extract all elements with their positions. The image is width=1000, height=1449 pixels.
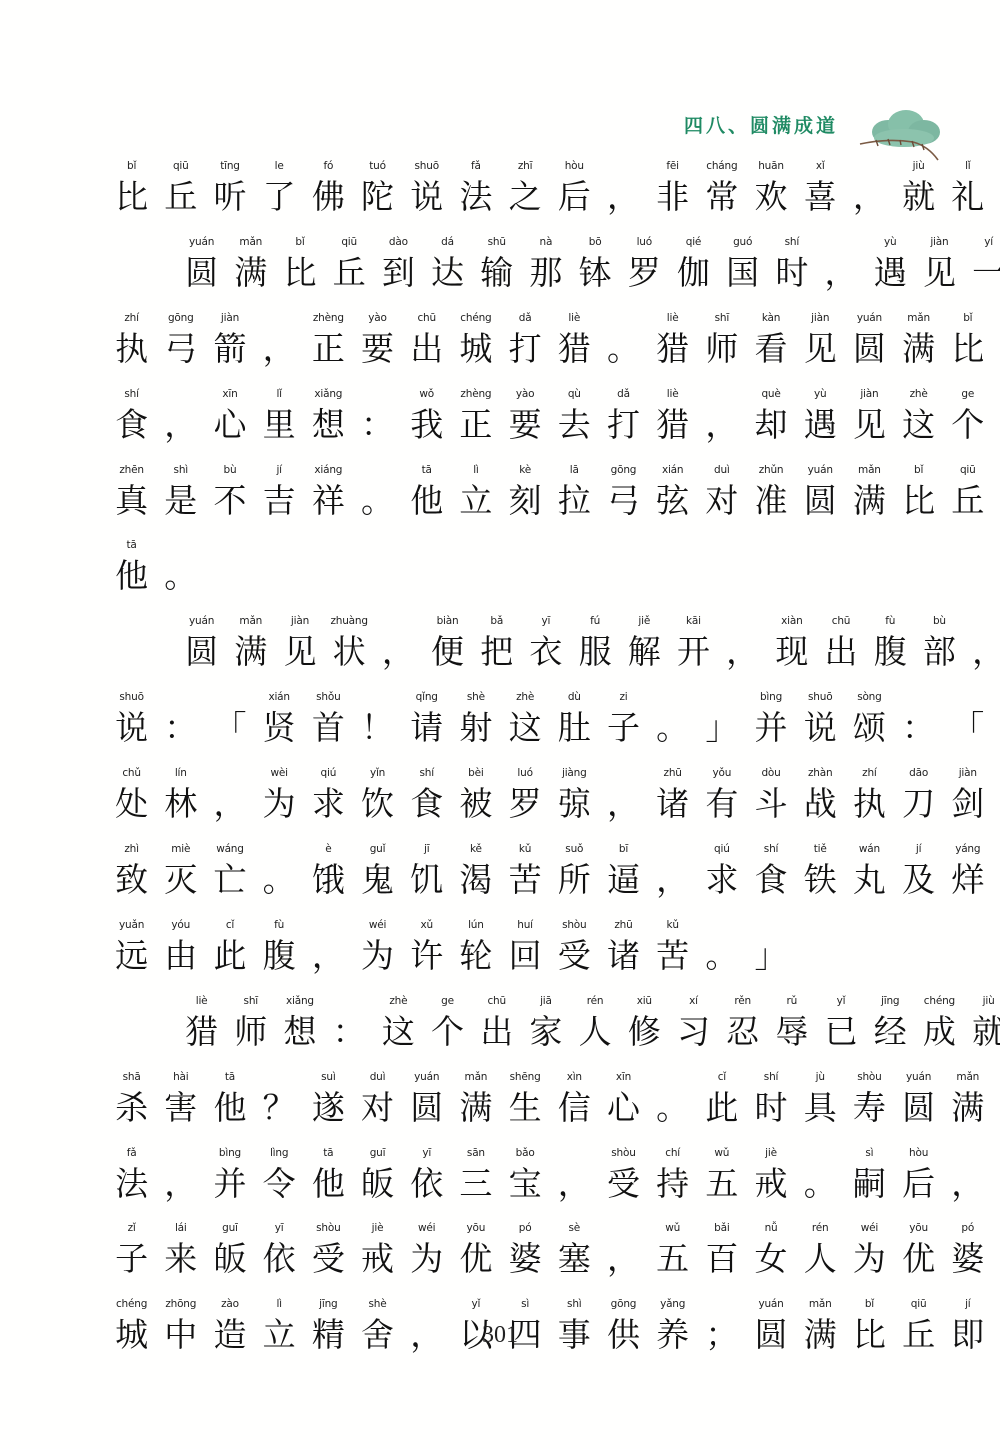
hanzi: 心 <box>599 1086 648 1130</box>
text-line: liè猎shī师xiǎng想：zhè这ge个chū出jiā家rén人xiū修xí… <box>107 992 907 1068</box>
hanzi: 三 <box>451 1162 500 1206</box>
ruby-character: yuán圆 <box>796 461 845 523</box>
hanzi: 苦 <box>501 858 550 902</box>
hanzi: 出 <box>402 327 451 371</box>
pinyin: shòu <box>562 916 586 934</box>
punctuation: 」 <box>746 916 795 978</box>
ruby-character: bō钵 <box>571 233 620 295</box>
punctuation: ， <box>156 1144 205 1206</box>
pinyin: rén <box>812 1219 829 1237</box>
ruby-character: wǔ五 <box>697 1144 746 1206</box>
hanzi: ， <box>156 1162 205 1206</box>
ruby-character: lì立 <box>451 461 500 523</box>
pinyin: chí <box>665 1144 680 1162</box>
ruby-character: xīn心 <box>205 385 254 447</box>
hanzi: 。 <box>599 327 648 371</box>
ruby-character: fēi飞 <box>992 688 1000 750</box>
chapter-title: 四八、圆满成道 <box>684 111 838 138</box>
pinyin: fēi <box>666 157 678 175</box>
punctuation: ， <box>718 612 767 674</box>
hanzi: 满 <box>226 251 275 295</box>
pinyin: bǎ <box>490 612 503 630</box>
pinyin: chéng <box>116 1295 147 1313</box>
hanzi: 婆 <box>943 1237 992 1281</box>
pinyin: yǐ <box>837 992 846 1010</box>
hanzi: 比 <box>275 251 324 295</box>
pinyin: wán <box>859 840 880 858</box>
hanzi: 比 <box>894 479 943 523</box>
ruby-character: qiú求 <box>697 840 746 902</box>
punctuation: ， <box>205 764 254 826</box>
hanzi: 丘 <box>992 327 1000 371</box>
hanzi: 满 <box>226 630 275 674</box>
ruby-character: jiàn见 <box>275 612 324 674</box>
hanzi: 圆 <box>845 327 894 371</box>
ruby-character: dòu斗 <box>746 764 795 826</box>
text-line: yuán圆mǎn满bǐ比qiū丘dào到dá达shū输nà那bō钵luó罗qié… <box>107 233 907 309</box>
pinyin: luó <box>517 764 532 782</box>
punctuation: 。 <box>697 916 746 978</box>
pinyin: jiàn <box>930 233 948 251</box>
hanzi: 箭 <box>205 327 254 371</box>
hanzi: 渴 <box>451 858 500 902</box>
hanzi: 。 <box>156 554 205 598</box>
ruby-character: bǐ比 <box>107 157 156 219</box>
pinyin: bù <box>224 461 237 479</box>
ruby-character: qiū丘 <box>325 233 374 295</box>
pinyin: yào <box>516 385 534 403</box>
hanzi: 有 <box>697 782 746 826</box>
pinyin: xiǎng <box>286 992 314 1010</box>
hanzi: 达 <box>423 251 472 295</box>
pinyin: hòu <box>909 1144 928 1162</box>
ruby-character: zhèng正 <box>304 309 353 371</box>
ruby-character: lìng令 <box>255 1144 304 1206</box>
hanzi: 非 <box>648 175 697 219</box>
ruby-character: sì嗣 <box>845 1144 894 1206</box>
hanzi: 忍 <box>718 1010 767 1054</box>
pinyin: gōng <box>611 461 637 479</box>
ruby-character: yáng烊 <box>943 840 992 902</box>
pinyin: qiū <box>911 1295 927 1313</box>
ruby-character: jiù就 <box>964 992 1000 1054</box>
hanzi: 比 <box>943 327 992 371</box>
pinyin: liè <box>667 309 679 327</box>
ruby-character: guó国 <box>718 233 767 295</box>
pinyin: lín <box>175 764 187 782</box>
pinyin: qié <box>686 233 701 251</box>
hanzi: 佛 <box>992 175 1000 219</box>
ruby-character: lǐ礼 <box>943 157 992 219</box>
hanzi: 却 <box>747 403 796 447</box>
hanzi: 服 <box>571 630 620 674</box>
pinyin: zhàn <box>808 764 832 782</box>
hanzi: 家 <box>521 1010 570 1054</box>
pinyin: kè <box>519 461 531 479</box>
ruby-character: bìng并 <box>746 688 795 750</box>
hanzi: 见 <box>845 403 894 447</box>
pinyin: sè <box>569 1219 581 1237</box>
punctuation: ， <box>599 157 648 219</box>
pinyin: lì <box>276 1295 281 1313</box>
punctuation: 。 <box>156 536 205 598</box>
pinyin: jiàn <box>959 764 977 782</box>
ruby-character: kè刻 <box>501 461 550 523</box>
ruby-character: qǐng请 <box>402 688 451 750</box>
hanzi: 即 <box>992 1086 1000 1130</box>
hanzi: 远 <box>107 934 156 978</box>
ruby-character: shǒu首 <box>304 688 353 750</box>
text-line: zhēn真shì是bù不jí吉xiáng祥。tā他lì立kè刻lā拉gōng弓x… <box>107 461 907 537</box>
pinyin: bǐ <box>914 461 923 479</box>
hanzi: 许 <box>402 934 451 978</box>
ruby-character: jī饥 <box>402 840 451 902</box>
pinyin: jiàn <box>811 309 829 327</box>
hanzi: 要 <box>501 403 550 447</box>
hanzi: 此 <box>697 1086 746 1130</box>
pinyin: yào <box>368 309 386 327</box>
hanzi: 准 <box>992 479 1000 523</box>
hanzi: ， <box>718 630 767 674</box>
ruby-character: lìng另 <box>992 1144 1000 1206</box>
ruby-character: shí食 <box>746 840 795 902</box>
pinyin: yuán <box>906 1068 931 1086</box>
ruby-character: jiā家 <box>521 992 570 1054</box>
pinyin: yōu <box>909 1219 928 1237</box>
hanzi: 把 <box>472 630 521 674</box>
ruby-character: wéi为 <box>353 916 402 978</box>
pinyin: jiě <box>638 612 650 630</box>
hanzi: 猎 <box>550 327 599 371</box>
hanzi: 法 <box>451 175 500 219</box>
ruby-character: yǐ已 <box>816 992 865 1054</box>
text-line: shā杀hài害tā他？suì遂duì对yuán圆mǎn满shēng生xìn信x… <box>107 1068 907 1144</box>
punctuation: ， <box>156 385 205 447</box>
hanzi: 这 <box>374 1010 423 1054</box>
ruby-character: è饿 <box>304 840 353 902</box>
hanzi: 灭 <box>156 858 205 902</box>
ruby-character: jiě解 <box>620 612 669 674</box>
ruby-character: bī逼 <box>599 840 648 902</box>
hanzi: 百 <box>697 1237 746 1281</box>
pinyin: shí <box>764 840 778 858</box>
punctuation: ： <box>325 992 374 1054</box>
ruby-character: shòu受 <box>550 916 599 978</box>
pinyin: yī <box>542 612 551 630</box>
pinyin: rén <box>587 992 604 1010</box>
ruby-character: mǎn满 <box>226 612 275 674</box>
hanzi: 喜 <box>796 175 845 219</box>
pinyin: liè <box>568 309 580 327</box>
hanzi: 对 <box>697 479 746 523</box>
hanzi: 圆 <box>796 479 845 523</box>
ruby-character: tā他 <box>402 461 451 523</box>
pinyin: kǔ <box>519 840 531 858</box>
hanzi: 成 <box>915 1010 964 1054</box>
pinyin: bǎi <box>714 1219 729 1237</box>
hanzi: 猎 <box>648 327 697 371</box>
hanzi: 正 <box>451 403 500 447</box>
ruby-character: xiǎng想 <box>304 385 353 447</box>
ruby-character: yī依 <box>402 1144 451 1206</box>
text-line: yuán圆mǎn满jiàn见zhuàng状，biàn便bǎ把yī衣fú服jiě解… <box>107 612 907 688</box>
hanzi: 贤 <box>255 706 304 750</box>
pinyin: bìng <box>760 688 782 706</box>
ruby-character: fǎ法 <box>107 1144 156 1206</box>
pine-tree-icon <box>858 104 948 164</box>
pinyin: xiū <box>637 992 652 1010</box>
ruby-character: cháng常 <box>697 157 746 219</box>
hanzi: 鬼 <box>353 858 402 902</box>
hanzi: 诸 <box>648 782 697 826</box>
ruby-character: tā他 <box>304 1144 353 1206</box>
pinyin: pó <box>519 1219 532 1237</box>
ruby-character: xiū修 <box>620 992 669 1054</box>
pinyin: hài <box>173 1068 188 1086</box>
pinyin: zhèng <box>460 385 491 403</box>
pinyin: zhuàng <box>330 612 367 630</box>
hanzi: 剑 <box>943 782 992 826</box>
pinyin: duì <box>370 1068 386 1086</box>
pinyin: mǎn <box>907 309 930 327</box>
ruby-character: xīn心 <box>599 1068 648 1130</box>
pinyin: jiè <box>372 1219 384 1237</box>
pinyin: shuō <box>415 157 439 175</box>
ruby-character: duì对 <box>353 1068 402 1130</box>
hanzi: 想 <box>275 1010 324 1054</box>
ruby-character: yōu优 <box>894 1219 943 1281</box>
ruby-character: guī皈 <box>353 1144 402 1206</box>
pinyin: mǎn <box>239 233 262 251</box>
hanzi: 女 <box>747 1237 796 1281</box>
pinyin: guī <box>222 1219 238 1237</box>
pinyin: jí <box>916 840 921 858</box>
ruby-character: cǐ此 <box>697 1068 746 1130</box>
hanzi: 依 <box>402 1162 451 1206</box>
ruby-character: sān三 <box>451 1144 500 1206</box>
ruby-character: shí食 <box>107 385 156 447</box>
pinyin: yǐn <box>370 764 385 782</box>
hanzi: 了 <box>255 175 304 219</box>
hanzi: 首 <box>304 706 353 750</box>
hanzi: 执 <box>845 782 894 826</box>
pinyin: fù <box>885 612 895 630</box>
pinyin: shì <box>174 461 188 479</box>
hanzi: 不 <box>205 479 254 523</box>
ruby-character: dù肚 <box>550 688 599 750</box>
ruby-character: zhè这 <box>374 992 423 1054</box>
ruby-character: liè猎 <box>648 385 697 447</box>
ruby-character: yuán圆 <box>894 1068 943 1130</box>
ruby-character: shòu受 <box>599 1144 648 1206</box>
pinyin: tā <box>127 536 137 554</box>
hanzi: ， <box>599 782 648 826</box>
hanzi: ： <box>894 706 943 750</box>
pinyin: duì <box>714 461 730 479</box>
punctuation: 。 <box>648 1068 697 1130</box>
ruby-character: shè射 <box>451 688 500 750</box>
hanzi: ！ <box>353 706 402 750</box>
hanzi: 。 <box>796 1162 845 1206</box>
ruby-character: yǐn饮 <box>353 764 402 826</box>
page-number: 301 <box>0 1322 1000 1349</box>
pinyin: jiù <box>983 992 995 1010</box>
pinyin: yī <box>422 1144 431 1162</box>
ruby-character: tū秃 <box>992 385 1000 447</box>
pinyin: huí <box>517 916 533 934</box>
hanzi: ， <box>992 782 1000 826</box>
hanzi: 「 <box>205 706 254 750</box>
hanzi: 后 <box>894 1162 943 1206</box>
punctuation: ： <box>353 385 402 447</box>
pinyin: wǔ <box>714 1144 729 1162</box>
pinyin: dòu <box>761 764 780 782</box>
pinyin: shā <box>123 1068 141 1086</box>
punctuation: ， <box>550 1144 599 1206</box>
ruby-character: jiè戒 <box>746 1144 795 1206</box>
hanzi: 戒 <box>353 1237 402 1281</box>
pinyin: wǒ <box>419 385 434 403</box>
hanzi: 依 <box>255 1237 304 1281</box>
hanzi: ： <box>325 1010 374 1054</box>
pinyin: chū <box>417 309 435 327</box>
ruby-character: xí习 <box>669 992 718 1054</box>
hanzi: 见 <box>275 630 324 674</box>
punctuation: ？ <box>255 1068 304 1130</box>
pinyin: huān <box>758 157 784 175</box>
ruby-character: guī皈 <box>205 1219 254 1281</box>
pinyin: shòu <box>857 1068 881 1086</box>
chapter-header: 四八、圆满成道 <box>684 104 838 144</box>
pinyin: jiù <box>913 157 925 175</box>
pinyin: jí <box>276 461 281 479</box>
pinyin: zhū <box>664 764 682 782</box>
text-line: shuō说：「xián贤shǒu首！qǐng请shè射zhè这dù肚zi子。」b… <box>107 688 907 764</box>
text-line: fǎ法，bìng并lìng令tā他guī皈yī依sān三bǎo宝，shòu受ch… <box>107 1144 907 1220</box>
hanzi: 为 <box>402 1237 451 1281</box>
ruby-character: liè猎 <box>550 309 599 371</box>
ruby-character: yóu由 <box>156 916 205 978</box>
pinyin: wáng <box>216 840 244 858</box>
hanzi: 烊 <box>943 858 992 902</box>
ruby-character: duì对 <box>697 461 746 523</box>
hanzi: 罗 <box>620 251 669 295</box>
hanzi: 丘 <box>325 251 374 295</box>
hanzi: 射 <box>451 706 500 750</box>
ruby-character: kǔ苦 <box>648 916 697 978</box>
ruby-character: zhuàng状 <box>325 612 374 674</box>
pinyin: fó <box>323 157 333 175</box>
hanzi: 食 <box>402 782 451 826</box>
ruby-character: jí即 <box>992 1068 1000 1130</box>
ruby-character: shòu受 <box>304 1219 353 1281</box>
hanzi: 说 <box>796 706 845 750</box>
ruby-character: zhí执 <box>845 764 894 826</box>
pinyin: tīng <box>220 157 240 175</box>
hanzi: 一 <box>964 251 1000 295</box>
ruby-character: hòu后 <box>550 157 599 219</box>
hanzi: 已 <box>817 1010 866 1054</box>
pinyin: shì <box>567 1295 581 1313</box>
hanzi: 婆 <box>501 1237 550 1281</box>
ruby-character: ge个 <box>943 385 992 447</box>
hanzi: 优 <box>894 1237 943 1281</box>
ruby-character: yí一 <box>964 233 1000 295</box>
ruby-character: zǐ子 <box>107 1219 156 1281</box>
pinyin: shuō <box>808 688 832 706</box>
hanzi: 后 <box>550 175 599 219</box>
pinyin: xǐ <box>816 157 825 175</box>
ruby-character: zhū诸 <box>648 764 697 826</box>
ruby-character: yuán圆 <box>845 309 894 371</box>
ruby-character: jiàn剑 <box>943 764 992 826</box>
pinyin: shòu <box>316 1219 340 1237</box>
hanzi: 由 <box>156 934 205 978</box>
hanzi: 师 <box>226 1010 275 1054</box>
hanzi: 圆 <box>402 1086 451 1130</box>
hanzi: 腹 <box>255 934 304 978</box>
ruby-character: yào要 <box>501 385 550 447</box>
hanzi: 苦 <box>648 934 697 978</box>
hanzi: ， <box>697 403 746 447</box>
ruby-character: xián弦 <box>648 461 697 523</box>
hanzi: 满 <box>845 479 894 523</box>
ruby-character: qiū丘 <box>943 461 992 523</box>
ruby-character: chū出 <box>816 612 865 674</box>
pinyin: yǒu <box>712 764 731 782</box>
pinyin: yōu <box>467 1219 486 1237</box>
pinyin: wéi <box>861 1219 878 1237</box>
pinyin: le <box>275 157 284 175</box>
hanzi: 去 <box>550 403 599 447</box>
ruby-character: rén人 <box>796 1219 845 1281</box>
ruby-character: shā杀 <box>107 1068 156 1130</box>
pinyin: lì <box>473 461 478 479</box>
hanzi: 部 <box>915 630 964 674</box>
ruby-character: bǎo宝 <box>501 1144 550 1206</box>
ruby-character: liè猎 <box>177 992 226 1054</box>
pinyin: liè <box>196 992 208 1010</box>
pinyin: yóu <box>171 916 190 934</box>
ruby-character: yī依 <box>255 1219 304 1281</box>
hanzi: 想 <box>304 403 353 447</box>
hanzi: 嗣 <box>845 1162 894 1206</box>
ruby-character: huān欢 <box>746 157 795 219</box>
pinyin: pó <box>961 1219 974 1237</box>
hanzi: 求 <box>697 858 746 902</box>
ruby-character: lā拉 <box>550 461 599 523</box>
ruby-character: fó佛 <box>992 157 1000 219</box>
pinyin: bǐ <box>127 157 136 175</box>
ruby-character: zhè这 <box>894 385 943 447</box>
pinyin: yù <box>814 385 826 403</box>
ruby-character: wéi为 <box>845 1219 894 1281</box>
hanzi: ， <box>964 630 1000 674</box>
hanzi: 法 <box>107 1162 156 1206</box>
ruby-character: xǔ许 <box>402 916 451 978</box>
ruby-character: bìng并 <box>205 1144 254 1206</box>
pinyin: wèi <box>270 764 287 782</box>
pinyin: fú <box>590 612 600 630</box>
pinyin: hòu <box>565 157 584 175</box>
punctuation: ： <box>156 688 205 750</box>
hanzi: 食 <box>747 858 796 902</box>
hanzi: 腹 <box>866 630 915 674</box>
pinyin: shū <box>488 233 506 251</box>
pinyin: xiàn <box>781 612 802 630</box>
hanzi: 林 <box>156 782 205 826</box>
pinyin: biàn <box>437 612 459 630</box>
